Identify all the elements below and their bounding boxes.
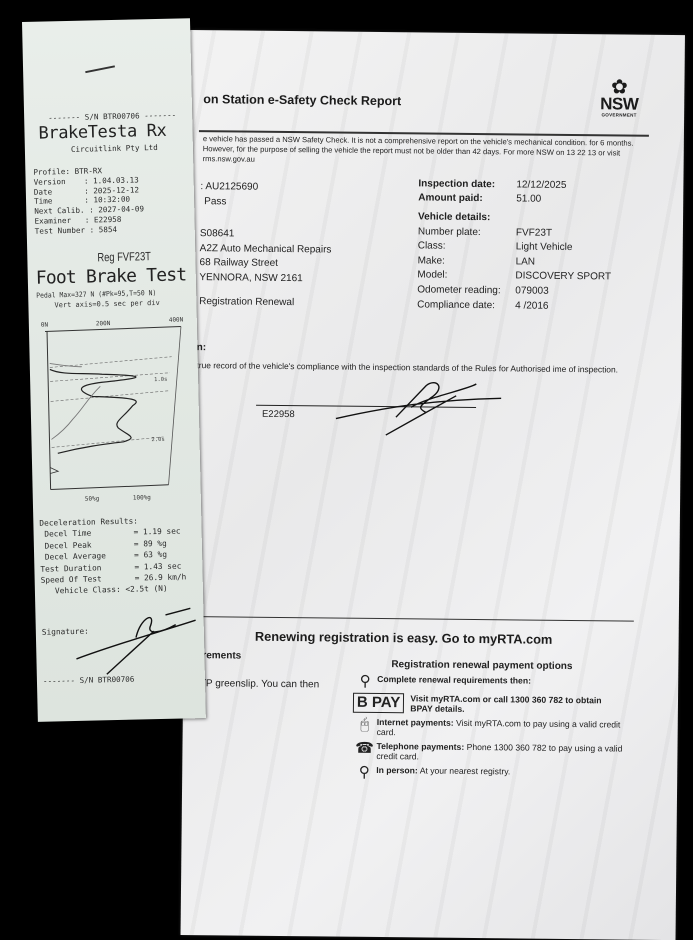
brake-test-receipt: ------- S/N BTR00706 ------- BrakeTesta … [22, 18, 206, 722]
inspection-number: : AU2125690 [200, 180, 332, 196]
receipt-brand: BrakeTesta Rx [38, 121, 166, 144]
bpay-logo: B PAY [353, 693, 405, 714]
option-text: Complete renewal requirements then: [377, 674, 531, 686]
vehicle-class: Light Vehicle [516, 242, 573, 254]
payment-options-heading: Registration renewal payment options [391, 659, 572, 672]
graph-label: 200N [96, 320, 111, 327]
deceleration-results: Deceleration Results: Decel Time= 1.19 s… [39, 514, 186, 597]
renewal-headline: Renewing registration is easy. Go to myR… [184, 628, 624, 648]
number-plate: FVF23T [516, 227, 552, 238]
station-street: 68 Railway Street [199, 256, 331, 272]
vert-axis-info: Vert axis=0.5 sec per div [54, 299, 160, 309]
payment-options: ⚲Complete renewal requirements then: B P… [352, 674, 623, 787]
option-text: Visit myRTA.com or call 1300 360 782 to … [410, 693, 623, 715]
report-title: on Station e-Safety Check Report [203, 92, 401, 108]
intro-text: e vehicle has passed a NSW Safety Check.… [203, 134, 643, 169]
graph-label: 400N [169, 316, 184, 323]
declaration-text: true record of the vehicle's compliance … [196, 360, 636, 376]
declaration-heading: n: [197, 342, 207, 353]
receipt-signature [65, 606, 207, 679]
examiner-signature [326, 376, 507, 438]
graph-label: 1.0s [154, 377, 167, 383]
detail-label: Make: [418, 255, 516, 267]
examiner-id: E22958 [262, 409, 295, 420]
vehicle-details-heading: Vehicle details: [418, 211, 490, 223]
divider [164, 616, 634, 622]
graph-label: 100%g [133, 494, 152, 501]
telephone-icon: ☎ [352, 741, 376, 756]
detail-label: Compliance date: [417, 299, 515, 311]
pen-mark [85, 65, 115, 73]
amount-paid-label: Amount paid: [418, 193, 516, 205]
nsw-government-logo: ✿ NSW GOVERNMENT [597, 78, 641, 117]
amount-paid: 51.00 [516, 194, 541, 205]
brake-force-graph: 0N 200N 400N 1.0s 2.0s 50%g 100%g [41, 316, 195, 509]
vehicle-details: Inspection date:12/12/2025 Amount paid:5… [417, 176, 612, 313]
inspection-result: Pass [204, 195, 332, 211]
inspection-date: 12/12/2025 [516, 179, 566, 191]
detail-label: Model: [417, 270, 515, 282]
station-number: S08641 [200, 227, 332, 243]
mouse-icon: 🖰 [353, 717, 377, 732]
odometer-reading: 079003 [515, 285, 548, 296]
vehicle-make: LAN [516, 256, 536, 267]
graph-label: 0N [41, 321, 49, 328]
detail-label: Odometer reading: [417, 284, 515, 296]
option-title: In person: [376, 765, 418, 775]
detail-label: Number plate: [418, 226, 516, 238]
logo-nsw: NSW [597, 96, 641, 112]
compliance-date: 4 /2016 [515, 300, 548, 311]
result-row: Vehicle Class: <2.5t (N) [41, 583, 187, 598]
receipt-metadata: Profile: BTR-RX Version : 1.04.03.13 Dat… [33, 165, 144, 236]
option-text: At your nearest registry. [420, 765, 511, 776]
receipt-reg: Reg FVF23T [97, 249, 151, 264]
pedal-info: Pedal Max=327 N (#Pk=95,T=50 N) [36, 289, 156, 300]
inspection-purpose: Registration Renewal [199, 295, 331, 311]
serial-footer: ------- S/N BTR00706 [43, 675, 135, 686]
graph-label: 2.0s [151, 437, 164, 443]
safety-check-report: on Station e-Safety Check Report ✿ NSW G… [181, 30, 685, 940]
logo-government: GOVERNMENT [597, 112, 641, 117]
station-details: : AU2125690 Pass S08641 A2Z Auto Mechani… [199, 180, 332, 311]
graph-label: 50%g [85, 495, 100, 502]
inspection-date-label: Inspection date: [418, 178, 516, 190]
station-name: A2Z Auto Mechanical Repairs [200, 242, 332, 258]
detail-label: Class: [418, 241, 516, 253]
station-suburb: YENNORA, NSW 2161 [199, 271, 331, 287]
vehicle-model: DISCOVERY SPORT [515, 271, 611, 283]
receipt-company: Circuitlink Pty Ltd [71, 143, 158, 154]
test-title: Foot Brake Test [36, 264, 187, 288]
person-icon: ⚲ [353, 674, 377, 689]
person-icon: ⚲ [352, 765, 376, 780]
